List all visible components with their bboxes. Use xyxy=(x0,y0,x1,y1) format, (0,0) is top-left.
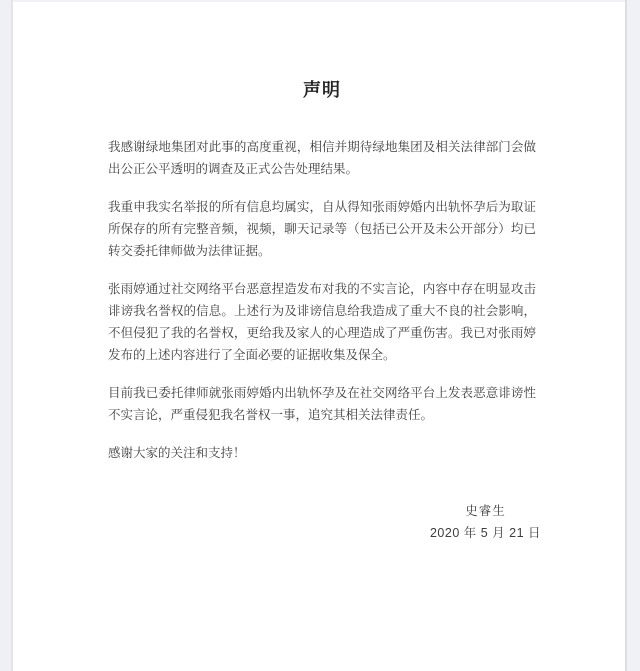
right-margin-strip xyxy=(625,0,640,671)
statement-paragraph-2: 我重申我实名举报的所有信息均属实，自从得知张雨婷婚内出轨怀孕后为取证所保存的所有… xyxy=(108,196,536,262)
statement-document: 声明 我感谢绿地集团对此事的高度重视，相信并期待绿地集团及相关法律部门会做出公正… xyxy=(0,0,640,671)
statement-paragraph-3: 张雨婷通过社交网络平台恶意捏造发布对我的不实言论，内容中存在明显攻击诽谤我名誉权… xyxy=(108,278,536,366)
signature-name: 史睿生 xyxy=(430,500,541,522)
left-margin-strip xyxy=(0,0,13,671)
signature-block: 史睿生 2020 年 5 月 21 日 xyxy=(430,500,541,544)
signature-date: 2020 年 5 月 21 日 xyxy=(430,522,541,544)
statement-page: 声明 我感谢绿地集团对此事的高度重视，相信并期待绿地集团及相关法律部门会做出公正… xyxy=(13,0,625,671)
statement-paragraph-4: 目前我已委托律师就张雨婷婚内出轨怀孕及在社交网络平台上发表恶意诽谤性不实言论，严… xyxy=(108,382,536,426)
statement-title: 声明 xyxy=(108,78,536,102)
statement-paragraph-5: 感谢大家的关注和支持！ xyxy=(108,442,536,464)
statement-paragraph-1: 我感谢绿地集团对此事的高度重视，相信并期待绿地集团及相关法律部门会做出公正公平透… xyxy=(108,136,536,180)
